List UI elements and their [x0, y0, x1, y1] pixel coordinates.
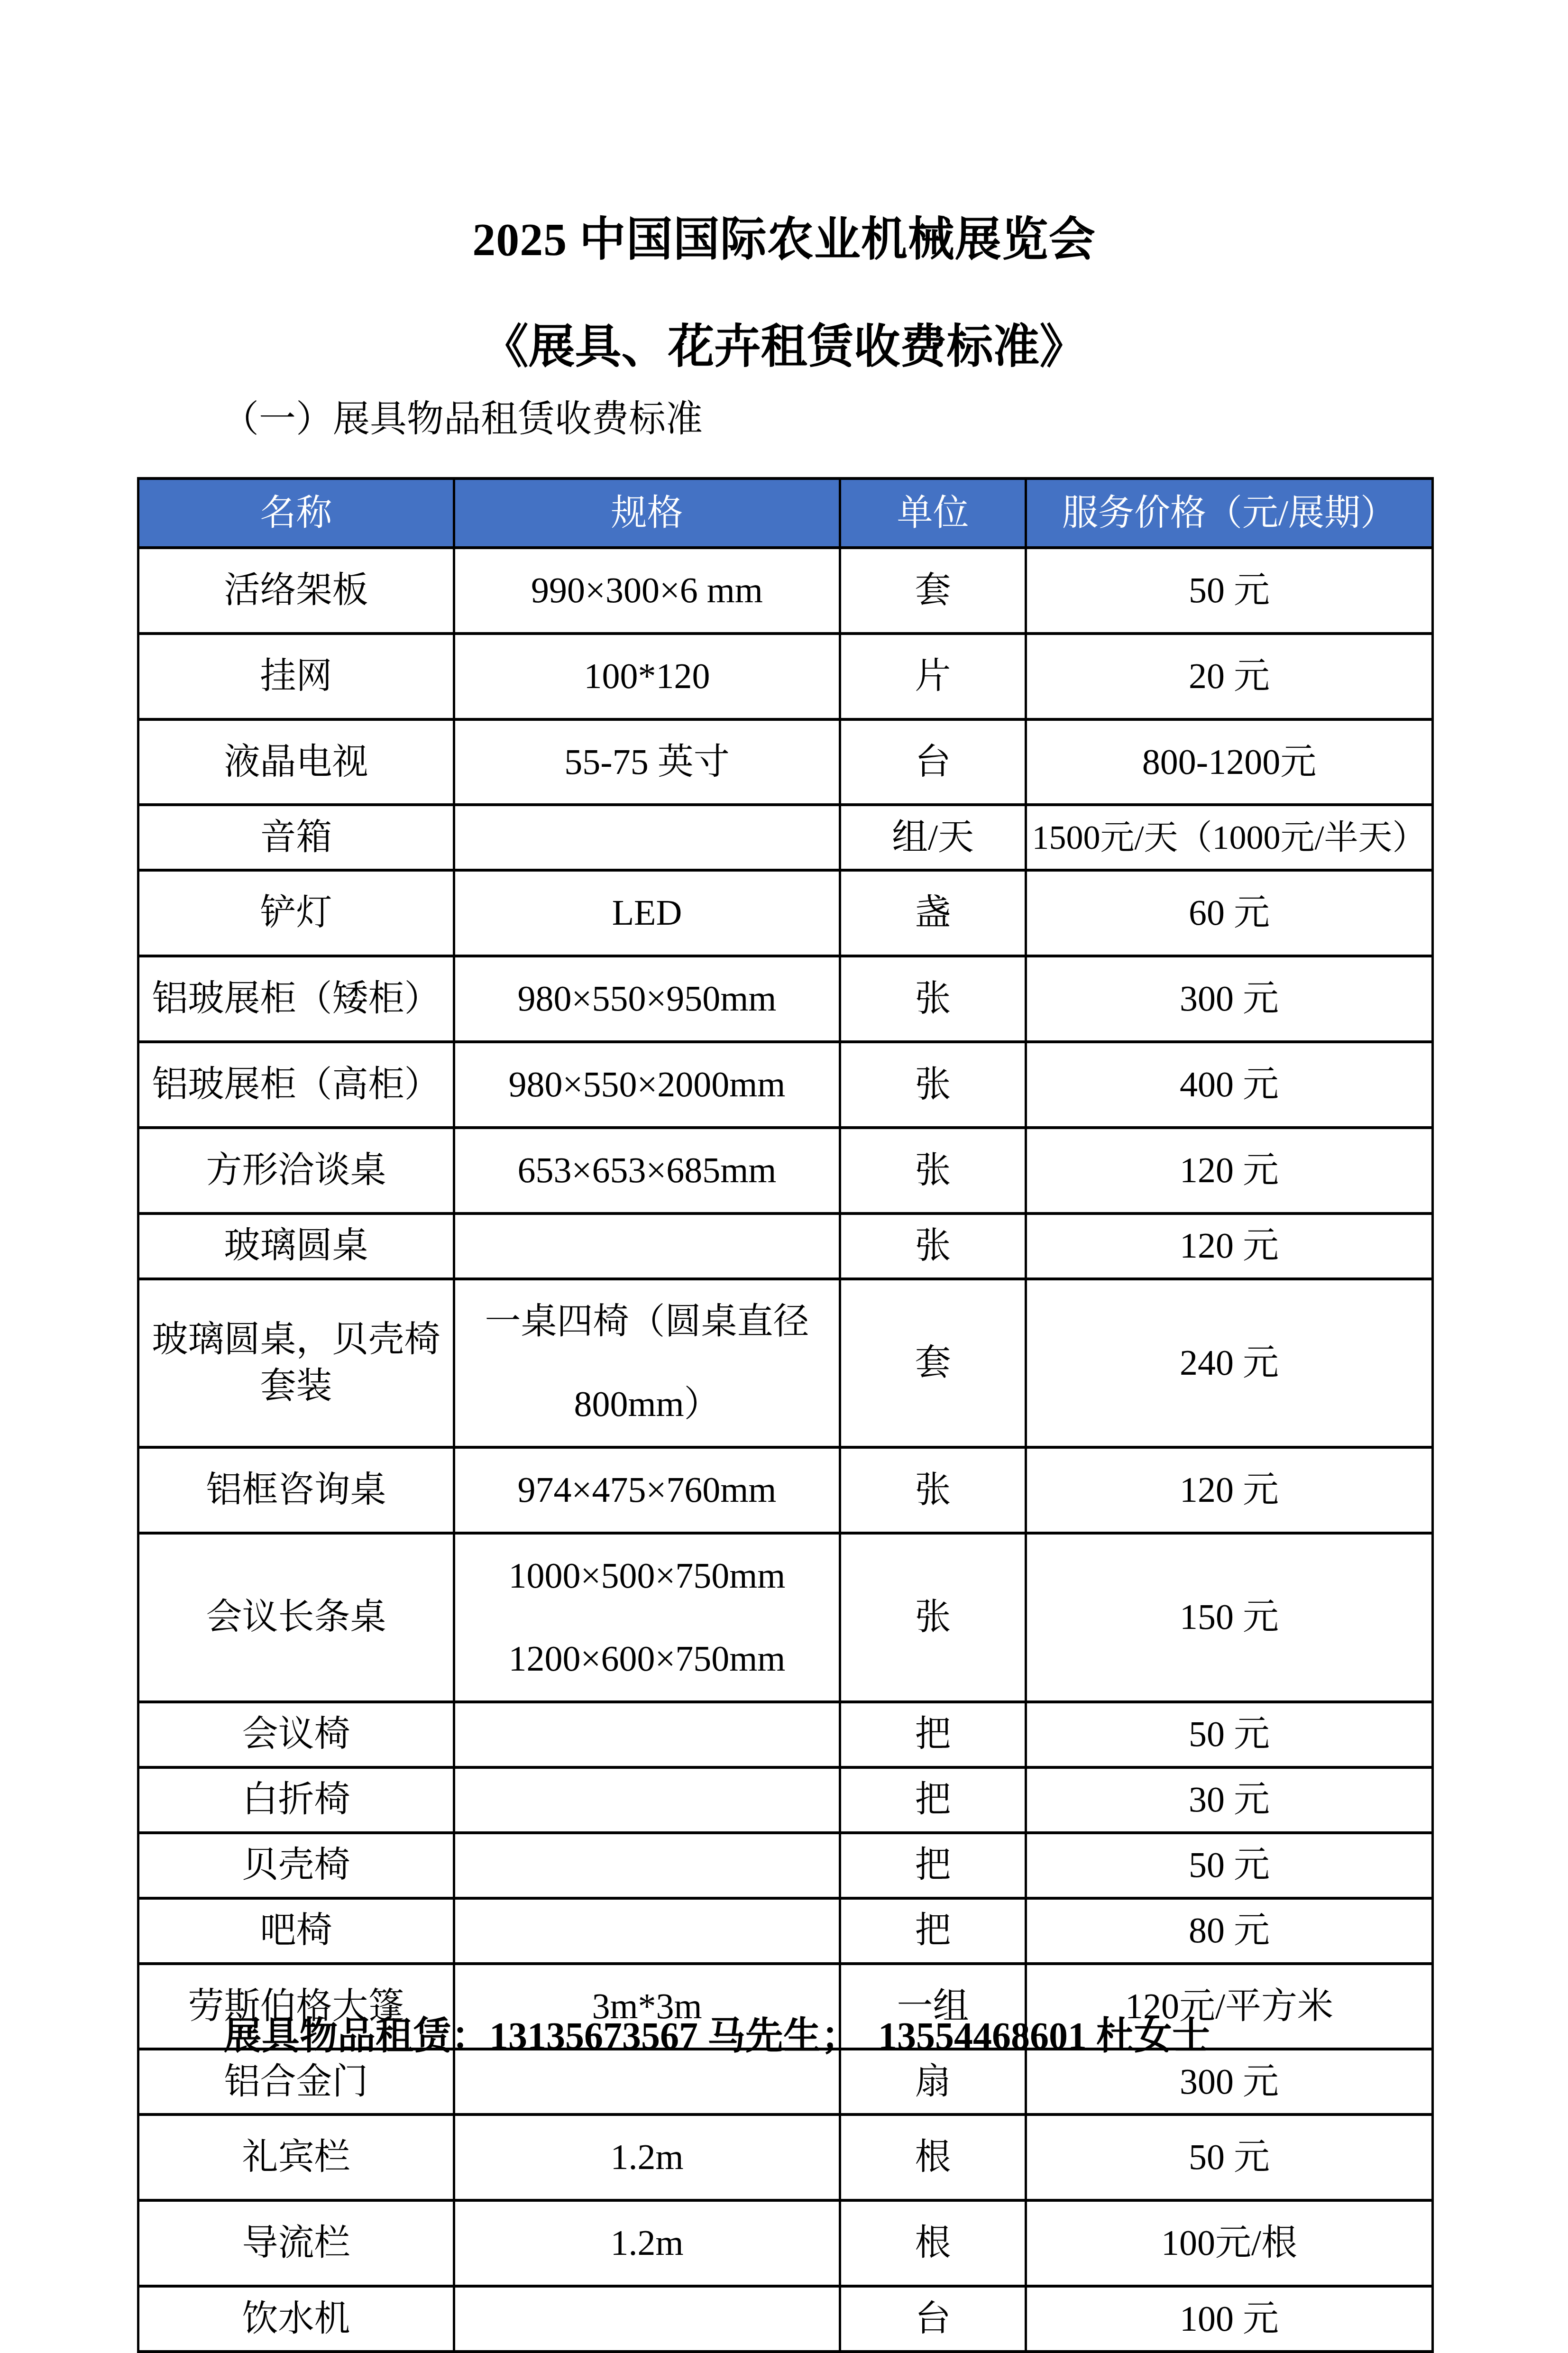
cell-name: 会议长条桌	[138, 1533, 454, 1702]
cell-unit: 组/天	[840, 805, 1026, 870]
cell-name: 礼宾栏	[138, 2114, 454, 2200]
table-header: 名称规格单位服务价格（元/展期）	[138, 478, 1433, 548]
cell-spec: 1000×500×750mm 1200×600×750mm	[454, 1533, 840, 1702]
cell-unit: 把	[840, 1898, 1026, 1964]
cell-name: 玻璃圆桌，贝壳椅套装	[138, 1279, 454, 1448]
table-row: 饮水机 台 100 元	[138, 2286, 1433, 2352]
cell-price: 120 元	[1026, 1128, 1433, 1213]
cell-price: 100 元	[1026, 2286, 1433, 2352]
table-row: 铲灯 LED 盏 60 元	[138, 870, 1433, 956]
cell-price: 20 元	[1026, 634, 1433, 719]
cell-price: 100元/根	[1026, 2200, 1433, 2286]
cell-unit: 张	[840, 1533, 1026, 1702]
cell-price: 50 元	[1026, 1833, 1433, 1898]
cell-spec	[454, 1898, 840, 1964]
cell-spec: 653×653×685mm	[454, 1128, 840, 1213]
cell-price: 300 元	[1026, 956, 1433, 1042]
cell-name: 白折椅	[138, 1767, 454, 1833]
cell-price: 30 元	[1026, 1767, 1433, 1833]
cell-price: 150 元	[1026, 1533, 1433, 1702]
cell-unit: 根	[840, 2200, 1026, 2286]
cell-spec: 980×550×2000mm	[454, 1042, 840, 1128]
table-row: 挂网 100*120 片 20 元	[138, 634, 1433, 719]
cell-unit: 根	[840, 2114, 1026, 2200]
cell-name: 铝玻展柜（高柜）	[138, 1042, 454, 1128]
table-row: 礼宾栏 1.2m 根 50 元	[138, 2114, 1433, 2200]
cell-spec: 一桌四椅（圆桌直径800mm）	[454, 1279, 840, 1448]
cell-unit: 片	[840, 634, 1026, 719]
cell-name: 会议椅	[138, 1702, 454, 1767]
cell-price: 60 元	[1026, 870, 1433, 956]
page-title: 2025 中国国际农业机械展览会	[0, 211, 1568, 268]
cell-price: 240 元	[1026, 1279, 1433, 1448]
table-row: 铝玻展柜（矮柜） 980×550×950mm 张 300 元	[138, 956, 1433, 1042]
cell-spec	[454, 1702, 840, 1767]
cell-spec	[454, 1767, 840, 1833]
table-row: 导流栏 1.2m 根 100元/根	[138, 2200, 1433, 2286]
table-row: 活络架板 990×300×6 mm 套 50 元	[138, 548, 1433, 634]
table-row: 音箱 组/天 1500元/天（1000元/半天）	[138, 805, 1433, 870]
cell-unit: 套	[840, 548, 1026, 634]
cell-name: 贝壳椅	[138, 1833, 454, 1898]
table-header-row: 名称规格单位服务价格（元/展期）	[138, 478, 1433, 548]
rental-fee-table: 名称规格单位服务价格（元/展期） 活络架板 990×300×6 mm 套 50 …	[137, 477, 1434, 2353]
cell-spec: 100*120	[454, 634, 840, 719]
table-row: 吧椅 把 80 元	[138, 1898, 1433, 1964]
table-row: 会议长条桌 1000×500×750mm 1200×600×750mm 张 15…	[138, 1533, 1433, 1702]
cell-unit: 盏	[840, 870, 1026, 956]
cell-spec	[454, 2049, 840, 2114]
table-row: 玻璃圆桌 张 120 元	[138, 1213, 1433, 1279]
cell-spec: 1.2m	[454, 2114, 840, 2200]
cell-price: 300 元	[1026, 2049, 1433, 2114]
cell-unit: 张	[840, 956, 1026, 1042]
contact-footer: 展具物品租赁：13135673567 马先生； 13554468601 杜女士	[224, 2013, 1210, 2059]
cell-spec: 974×475×760mm	[454, 1447, 840, 1533]
table-row: 贝壳椅 把 50 元	[138, 1833, 1433, 1898]
cell-unit: 扇	[840, 2049, 1026, 2114]
cell-price: 120 元	[1026, 1213, 1433, 1279]
page-subtitle: 《展具、花卉租赁收费标准》	[0, 319, 1568, 376]
column-header: 服务价格（元/展期）	[1026, 478, 1433, 548]
cell-spec	[454, 2286, 840, 2352]
cell-name: 铝合金门	[138, 2049, 454, 2114]
cell-name: 铝框咨询桌	[138, 1447, 454, 1533]
cell-price: 400 元	[1026, 1042, 1433, 1128]
cell-price: 50 元	[1026, 1702, 1433, 1767]
cell-name: 吧椅	[138, 1898, 454, 1964]
cell-name: 导流栏	[138, 2200, 454, 2286]
table-row: 方形洽谈桌 653×653×685mm 张 120 元	[138, 1128, 1433, 1213]
cell-unit: 把	[840, 1702, 1026, 1767]
cell-unit: 张	[840, 1213, 1026, 1279]
cell-spec	[454, 805, 840, 870]
cell-unit: 张	[840, 1042, 1026, 1128]
cell-spec: LED	[454, 870, 840, 956]
cell-unit: 张	[840, 1128, 1026, 1213]
cell-unit: 台	[840, 719, 1026, 805]
cell-spec	[454, 1833, 840, 1898]
cell-price: 120 元	[1026, 1447, 1433, 1533]
cell-name: 音箱	[138, 805, 454, 870]
column-header: 单位	[840, 478, 1026, 548]
table-row: 玻璃圆桌，贝壳椅套装 一桌四椅（圆桌直径800mm） 套 240 元	[138, 1279, 1433, 1448]
cell-unit: 台	[840, 2286, 1026, 2352]
cell-price: 800-1200元	[1026, 719, 1433, 805]
table-row: 会议椅 把 50 元	[138, 1702, 1433, 1767]
table-row: 白折椅 把 30 元	[138, 1767, 1433, 1833]
cell-name: 方形洽谈桌	[138, 1128, 454, 1213]
cell-price: 50 元	[1026, 548, 1433, 634]
section-heading: （一）展具物品租赁收费标准	[222, 396, 703, 441]
table-row: 铝合金门 扇 300 元	[138, 2049, 1433, 2114]
cell-unit: 套	[840, 1279, 1026, 1448]
cell-spec: 55-75 英寸	[454, 719, 840, 805]
cell-name: 饮水机	[138, 2286, 454, 2352]
cell-spec: 980×550×950mm	[454, 956, 840, 1042]
cell-name: 活络架板	[138, 548, 454, 634]
cell-name: 铝玻展柜（矮柜）	[138, 956, 454, 1042]
cell-spec	[454, 1213, 840, 1279]
column-header: 名称	[138, 478, 454, 548]
cell-price: 80 元	[1026, 1898, 1433, 1964]
cell-name: 铲灯	[138, 870, 454, 956]
cell-unit: 把	[840, 1767, 1026, 1833]
cell-name: 挂网	[138, 634, 454, 719]
cell-name: 液晶电视	[138, 719, 454, 805]
cell-spec: 990×300×6 mm	[454, 548, 840, 634]
cell-price: 50 元	[1026, 2114, 1433, 2200]
cell-price: 1500元/天（1000元/半天）	[1026, 805, 1433, 870]
cell-unit: 张	[840, 1447, 1026, 1533]
table-row: 铝玻展柜（高柜） 980×550×2000mm 张 400 元	[138, 1042, 1433, 1128]
table-row: 铝框咨询桌 974×475×760mm 张 120 元	[138, 1447, 1433, 1533]
cell-unit: 把	[840, 1833, 1026, 1898]
cell-name: 玻璃圆桌	[138, 1213, 454, 1279]
table-row: 液晶电视 55-75 英寸 台 800-1200元	[138, 719, 1433, 805]
cell-spec: 1.2m	[454, 2200, 840, 2286]
table-body: 活络架板 990×300×6 mm 套 50 元 挂网 100*120 片 20…	[138, 548, 1433, 2352]
column-header: 规格	[454, 478, 840, 548]
